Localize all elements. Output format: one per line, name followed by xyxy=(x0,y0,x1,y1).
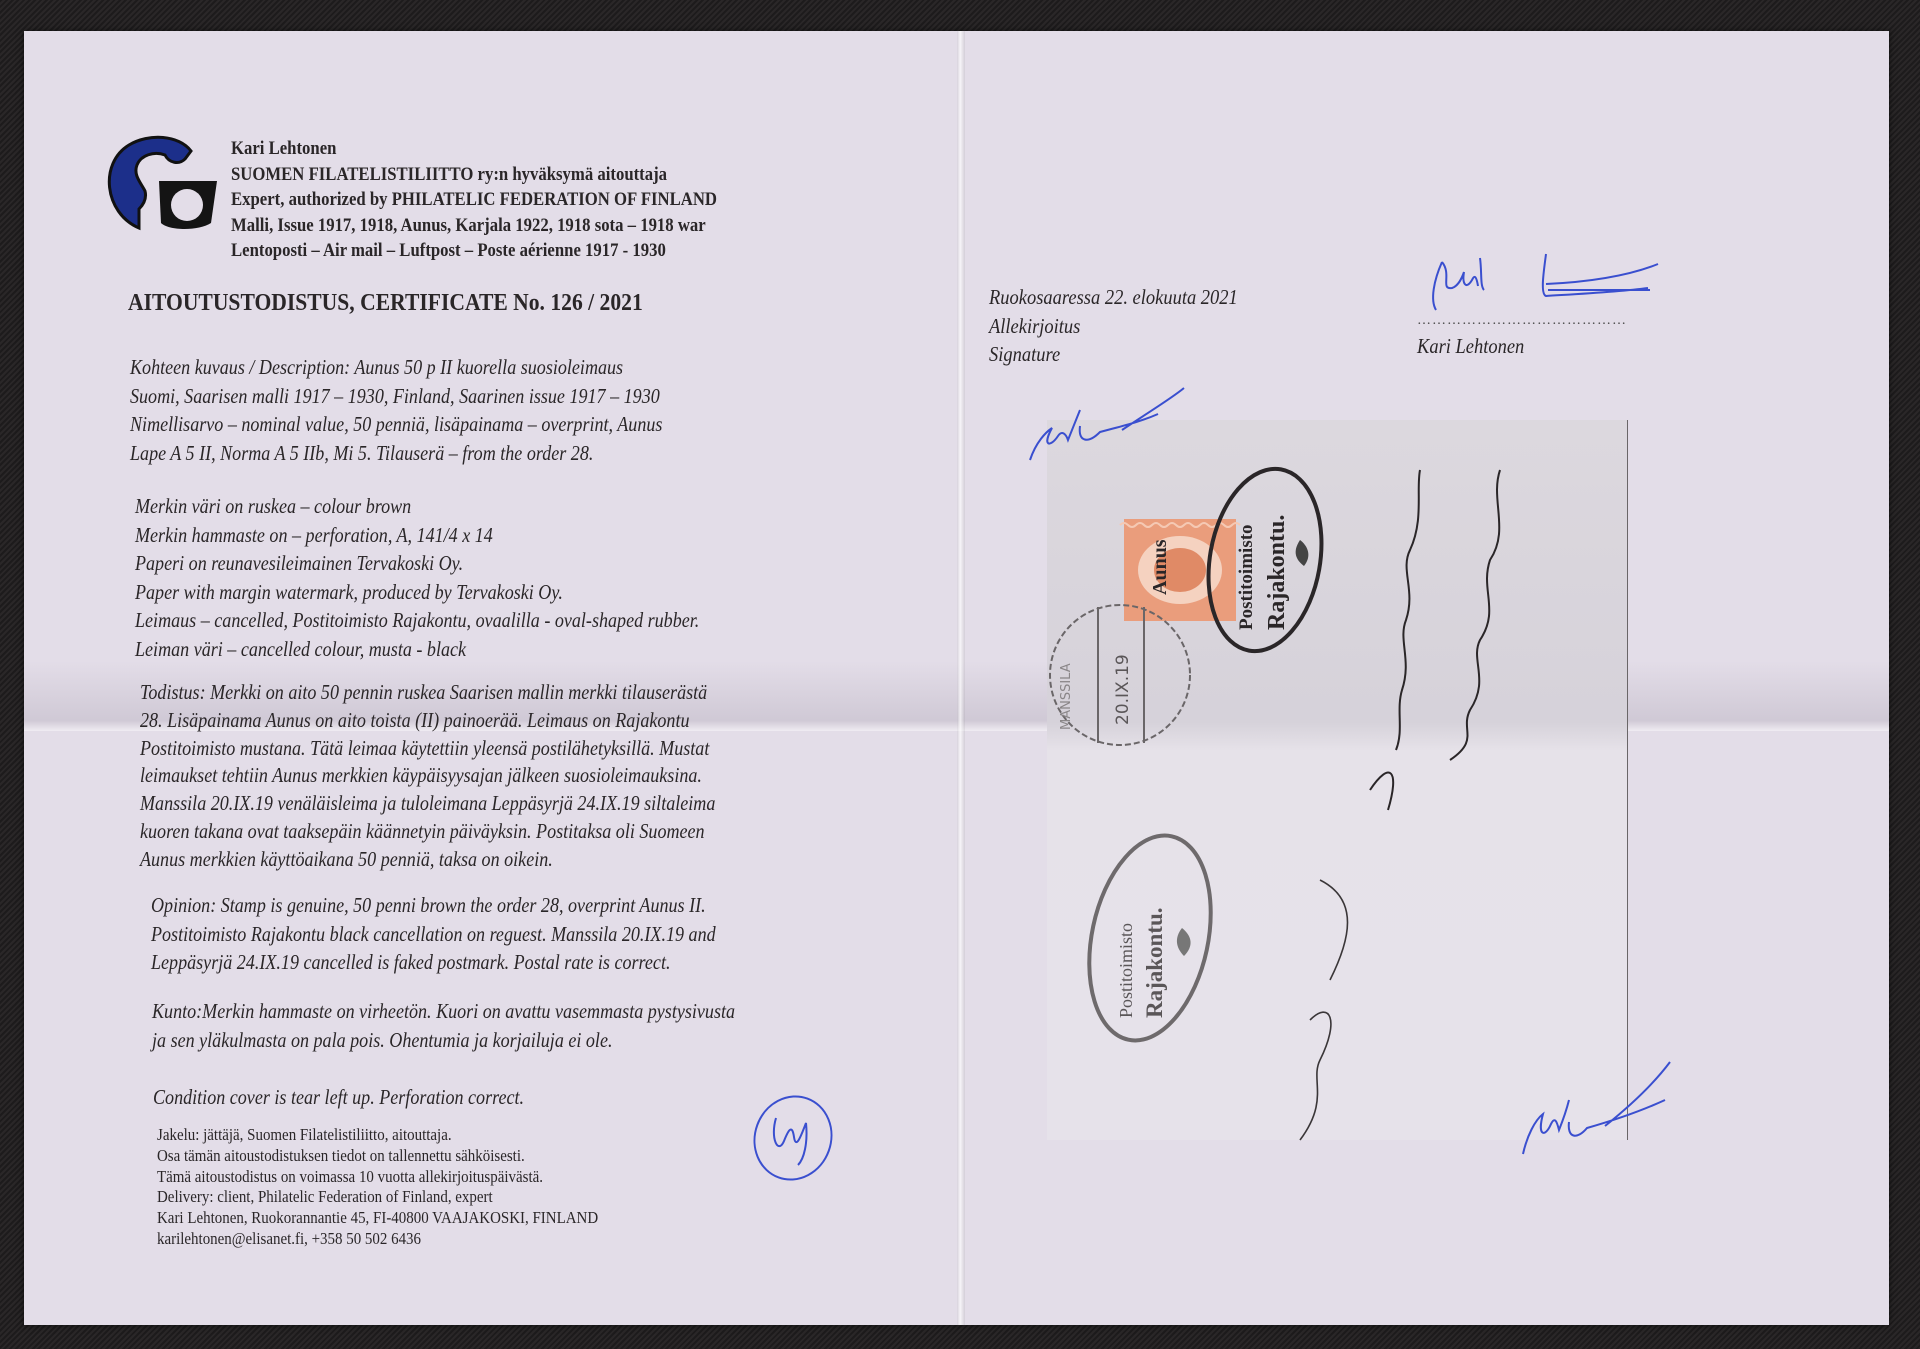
postmark-date: 20.IX.19 xyxy=(1113,654,1133,725)
todistus-line: Postitoimisto mustana. Tätä leimaa käyte… xyxy=(140,735,715,763)
overprint-text: Aunus xyxy=(1149,539,1171,595)
description-line: Suomi, Saarisen malli 1917 – 1930, Finla… xyxy=(130,382,662,411)
details-line: Paper with margin watermark, produced by… xyxy=(135,578,699,607)
todistus-block: Todistus: Merkki on aito 50 pennin ruske… xyxy=(140,679,715,874)
handwritten-address xyxy=(1340,460,1590,1140)
details-line: Paperi on reunavesileimainen Tervakoski … xyxy=(135,549,699,578)
kunto-block: Kunto:Merkin hammaste on virheetön. Kuor… xyxy=(152,997,735,1054)
todistus-line: Aunus merkkien käyttöaikana 50 penniä, t… xyxy=(140,846,715,874)
footer-line: Delivery: client, Philatelic Federation … xyxy=(157,1187,598,1208)
todistus-line: Manssila 20.IX.19 venäläisleima ja tulol… xyxy=(140,790,715,818)
opinion-line: Postitoimisto Rajakontu black cancellati… xyxy=(151,920,716,949)
description-line: Nimellisarvo – nominal value, 50 penniä,… xyxy=(130,410,662,439)
condition-line: Condition cover is tear left up. Perfora… xyxy=(153,1083,524,1112)
description-line: Kohteen kuvaus / Description: Aunus 50 p… xyxy=(130,353,662,382)
details-line: Merkin hammaste on – perforation, A, 141… xyxy=(135,521,699,550)
footer-line: Osa tämän aitoustodistuksen tiedot on ta… xyxy=(157,1146,598,1167)
cover-signature-icon xyxy=(1022,382,1192,472)
details-line: Merkin väri on ruskea – colour brown xyxy=(135,492,699,521)
expert-header: Kari Lehtonen SUOMEN FILATELISTILIITTO r… xyxy=(231,136,717,264)
signer-name: Kari Lehtonen xyxy=(1417,334,1524,359)
header-line: Kari Lehtonen xyxy=(231,136,717,162)
cancel-line1: Postitoimisto xyxy=(1236,524,1257,630)
opinion-block: Opinion: Stamp is genuine, 50 penni brow… xyxy=(151,891,716,977)
postmark-place: MANSSILA xyxy=(1059,663,1074,730)
footer-line: Tämä aitoustodistus on voimassa 10 vuott… xyxy=(157,1167,598,1188)
certificate-title: AITOUTUSTODISTUS, CERTIFICATE No. 126 / … xyxy=(128,290,643,317)
rajakontu-cancel-2: Postitoimisto Rajakontu. xyxy=(1080,818,1220,1058)
signature-label-fi: Allekirjoitus xyxy=(989,312,1238,341)
signature-block: Ruokosaaressa 22. elokuuta 2021 Allekirj… xyxy=(989,283,1238,369)
place-date: Ruokosaaressa 22. elokuuta 2021 xyxy=(989,283,1238,312)
details-block: Merkin väri on ruskea – colour brown Mer… xyxy=(135,492,699,663)
cancel-line2: Rajakontu. xyxy=(1264,515,1290,630)
vertical-fold xyxy=(957,31,965,1325)
todistus-line: kuoren takana ovat taaksepäin käännetyin… xyxy=(140,818,715,846)
cancel2-line2: Rajakontu. xyxy=(1142,907,1167,1018)
opinion-line: Opinion: Stamp is genuine, 50 penni brow… xyxy=(151,891,716,920)
header-line: SUOMEN FILATELISTILIITTO ry:n hyväksymä … xyxy=(231,162,717,188)
footer-line: Jakelu: jättäjä, Suomen Filatelistiliitt… xyxy=(157,1125,598,1146)
rajakontu-cancel-1: Postitoimisto Rajakontu. xyxy=(1200,460,1330,660)
signature-label-en: Signature xyxy=(989,340,1238,369)
todistus-line: 28. Lisäpainama Aunus on aito toista (II… xyxy=(140,707,715,735)
footer-line: karilehtonen@elisanet.fi, +358 50 502 64… xyxy=(157,1229,598,1250)
header-line: Lentoposti – Air mail – Luftpost – Poste… xyxy=(231,238,717,264)
expert-signature-icon xyxy=(1428,250,1668,320)
initials-seal-icon xyxy=(748,1093,838,1183)
details-line: Leiman väri – cancelled colour, musta - … xyxy=(135,635,699,664)
header-line: Expert, authorized by PHILATELIC FEDERAT… xyxy=(231,187,717,213)
kunto-line: ja sen yläkulmasta on pala pois. Ohentum… xyxy=(152,1026,735,1055)
todistus-line: leimaukset tehtiin Aunus merkkien käypäi… xyxy=(140,762,715,790)
kunto-line: Kunto:Merkin hammaste on virheetön. Kuor… xyxy=(152,997,735,1026)
opinion-line: Leppäsyrjä 24.IX.19 cancelled is faked p… xyxy=(151,948,716,977)
footer-block: Jakelu: jättäjä, Suomen Filatelistiliitt… xyxy=(157,1125,598,1250)
todistus-line: Todistus: Merkki on aito 50 pennin ruske… xyxy=(140,679,715,707)
manssila-postmark: 20.IX.19 MANSSILA xyxy=(1040,595,1200,755)
cover-signature-bottom-icon xyxy=(1515,1050,1675,1160)
details-line: Leimaus – cancelled, Postitoimisto Rajak… xyxy=(135,606,699,635)
header-line: Malli, Issue 1917, 1918, Aunus, Karjala … xyxy=(231,213,717,239)
description-line: Lape A 5 II, Norma A 5 IIb, Mi 5. Tilaus… xyxy=(130,439,662,468)
footer-line: Kari Lehtonen, Ruokorannantie 45, FI-408… xyxy=(157,1208,598,1229)
philatelic-federation-logo-icon xyxy=(99,133,219,233)
description-block: Kohteen kuvaus / Description: Aunus 50 p… xyxy=(130,353,662,467)
cancel2-line1: Postitoimisto xyxy=(1116,923,1136,1018)
